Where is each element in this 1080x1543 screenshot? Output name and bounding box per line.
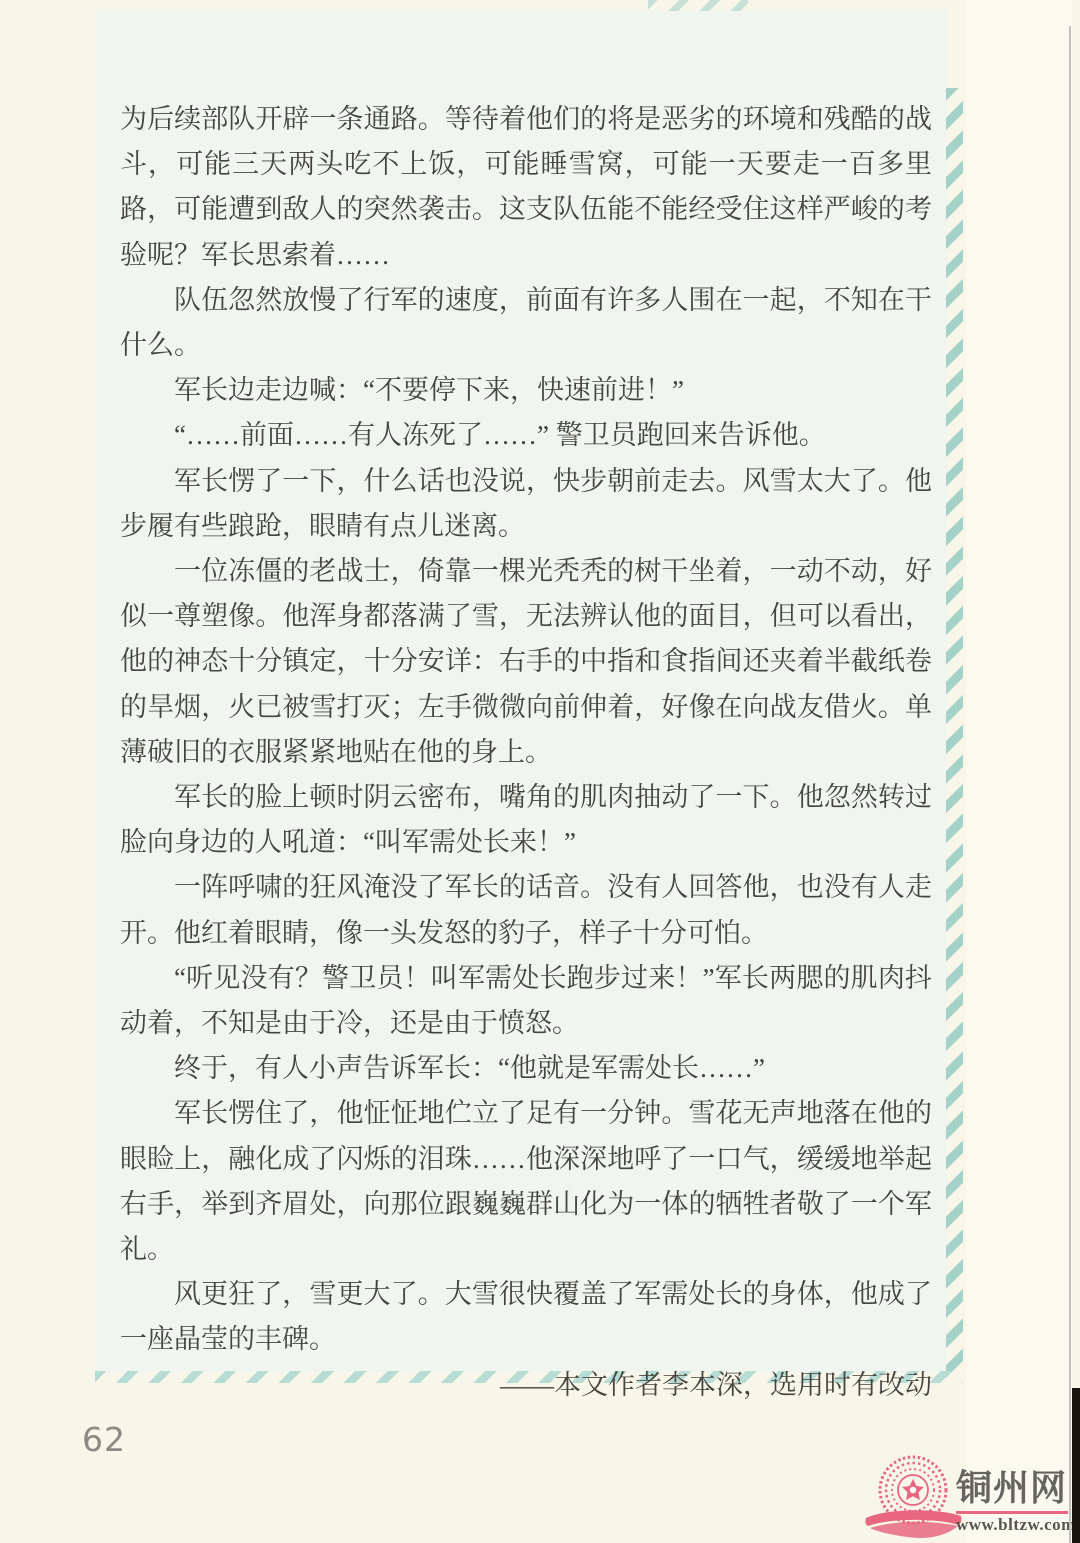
story-paragraph: 军长愣了一下，什么话也没说，快步朝前走去。风雪太大了。他步履有些踉跄，眼睛有点儿…: [120, 459, 932, 549]
story-paragraph: 为后续部队开辟一条通路。等待着他们的将是恶劣的环境和残酷的战斗，可能三天两头吃不…: [120, 97, 932, 278]
page-right-margin: [966, 0, 1072, 1543]
rosette-ribbon-logo-icon: [858, 1452, 966, 1543]
story-paragraph: “……前面……有人冻死了……” 警卫员跑回来告诉他。: [120, 413, 932, 458]
scan-edge-line: [1069, 26, 1071, 1543]
story-paragraph: 终于，有人小声告诉军长：“他就是军需处长……”: [120, 1046, 932, 1091]
dashed-border-top-remnant: [648, 0, 748, 11]
story-paragraph: 一阵呼啸的狂风淹没了军长的话音。没有人回答他，也没有人走开。他红着眼睛，像一头发…: [120, 865, 932, 955]
author-attribution: ——本文作者李本深，选用时有改动: [120, 1363, 932, 1408]
story-text: 为后续部队开辟一条通路。等待着他们的将是恶劣的环境和残酷的战斗，可能三天两头吃不…: [120, 97, 932, 1408]
site-watermark: 铜州网 www.bltzw.com: [858, 1452, 1072, 1543]
story-paragraph: “听见没有？警卫员！叫军需处长跑步过来！”军长两腮的肌肉抖动着，不知是由于冷，还…: [120, 956, 932, 1046]
story-paragraph: 军长边走边喊：“不要停下来，快速前进！”: [120, 368, 932, 413]
dashed-border-right: [946, 88, 963, 1378]
watermark-text-block: 铜州网 www.bltzw.com: [956, 1468, 1068, 1535]
story-paragraph: 风更狂了，雪更大了。大雪很快覆盖了军需处长的身体，他成了一座晶莹的丰碑。: [120, 1272, 932, 1362]
textbook-page: 为后续部队开辟一条通路。等待着他们的将是恶劣的环境和残酷的战斗，可能三天两头吃不…: [0, 0, 1080, 1543]
watermark-site-url: www.bltzw.com: [956, 1515, 1068, 1535]
story-paragraph: 一位冻僵的老战士，倚靠一棵光秃秃的树干坐着，一动不动，好似一尊塑像。他浑身都落满…: [120, 549, 932, 775]
watermark-site-name: 铜州网: [956, 1468, 1068, 1508]
scan-edge-black-strip: [1072, 1388, 1080, 1543]
watermark-divider: [956, 1511, 1068, 1514]
page-number: 62: [82, 1420, 126, 1459]
story-paragraph: 军长的脸上顿时阴云密布，嘴角的肌肉抽动了一下。他忽然转过脸向身边的人吼道：“叫军…: [120, 775, 932, 865]
story-paragraph: 队伍忽然放慢了行军的速度，前面有许多人围在一起，不知在干什么。: [120, 278, 932, 368]
story-paragraph: 军长愣住了，他怔怔地伫立了足有一分钟。雪花无声地落在他的眼睑上，融化成了闪烁的泪…: [120, 1091, 932, 1272]
